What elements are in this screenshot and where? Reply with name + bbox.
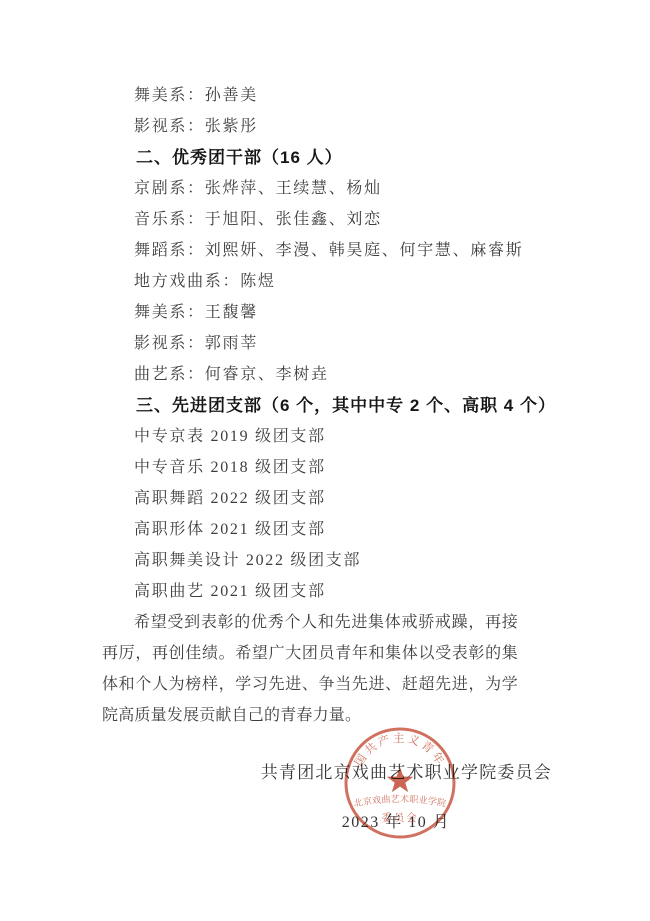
branch-line: 高职曲艺 2021 级团支部: [102, 576, 590, 607]
dept-award-line: 舞蹈系：刘熙妍、李漫、韩昊庭、何宇慧、麻睿斯: [102, 235, 590, 266]
signature-line: 共青团北京戏曲艺术职业学院委员会: [102, 757, 552, 788]
dept-award-line: 曲艺系：何睿京、李树垚: [102, 359, 590, 390]
date-line: 2023 年 10 月: [202, 807, 590, 838]
section-heading-advanced-branches: 三、先进团支部（6 个，其中中专 2 个、高职 4 个）: [102, 390, 590, 421]
dept-award-line: 舞美系：孙善美: [102, 80, 590, 111]
document-page: 舞美系：孙善美 影视系：张紫彤 二、优秀团干部（16 人） 京剧系：张烨萍、王续…: [0, 0, 650, 921]
branch-line: 中专京表 2019 级团支部: [102, 421, 590, 452]
branch-line: 中专音乐 2018 级团支部: [102, 452, 590, 483]
branch-line: 高职舞蹈 2022 级团支部: [102, 483, 590, 514]
dept-award-line: 舞美系：王馥馨: [102, 297, 590, 328]
document-body: 舞美系：孙善美 影视系：张紫彤 二、优秀团干部（16 人） 京剧系：张烨萍、王续…: [0, 0, 650, 838]
dept-award-line: 影视系：张紫彤: [102, 111, 590, 142]
branch-line: 高职形体 2021 级团支部: [102, 514, 590, 545]
dept-award-line: 京剧系：张烨萍、王续慧、杨灿: [102, 173, 590, 204]
branch-line: 高职舞美设计 2022 级团支部: [102, 545, 590, 576]
dept-award-line: 音乐系：于旭阳、张佳鑫、刘恋: [102, 204, 590, 235]
dept-award-line: 影视系：郭雨莘: [102, 328, 590, 359]
closing-paragraph: 希望受到表彰的优秀个人和先进集体戒骄戒躁，再接再厉，再创佳绩。希望广大团员青年和…: [102, 607, 518, 731]
section-heading-outstanding-cadres: 二、优秀团干部（16 人）: [102, 142, 590, 173]
dept-award-line: 地方戏曲系：陈煜: [102, 266, 590, 297]
